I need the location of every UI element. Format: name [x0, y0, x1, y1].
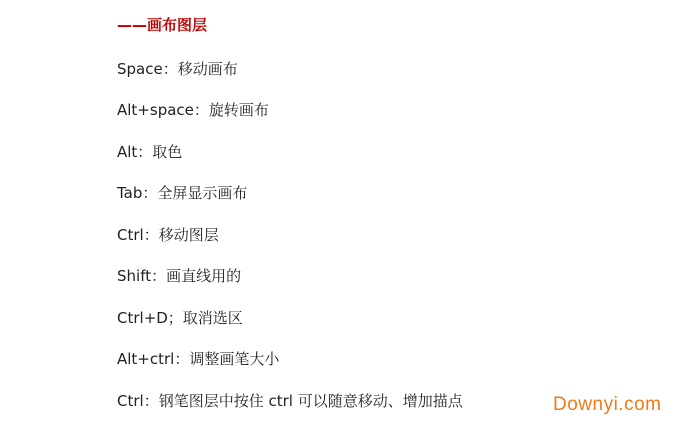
shortcut-line: Ctrl：钢笔图层中按住 ctrl 可以随意移动、增加描点: [117, 390, 463, 411]
shortcut-line: Alt+ctrl：调整画笔大小: [117, 348, 279, 369]
shortcut-line: Ctrl+D；取消选区: [117, 307, 243, 328]
shortcut-line: Tab：全屏显示画布: [117, 182, 247, 203]
section-heading: ——画布图层: [117, 14, 207, 35]
watermark-logo: Downyi.com: [553, 394, 661, 416]
shortcut-line: Alt+space：旋转画布: [117, 99, 269, 120]
shortcut-line: Space：移动画布: [117, 58, 238, 79]
shortcut-line: Alt：取色: [117, 141, 182, 162]
shortcut-line: Shift：画直线用的: [117, 265, 241, 286]
shortcut-line: Ctrl：移动图层: [117, 224, 219, 245]
